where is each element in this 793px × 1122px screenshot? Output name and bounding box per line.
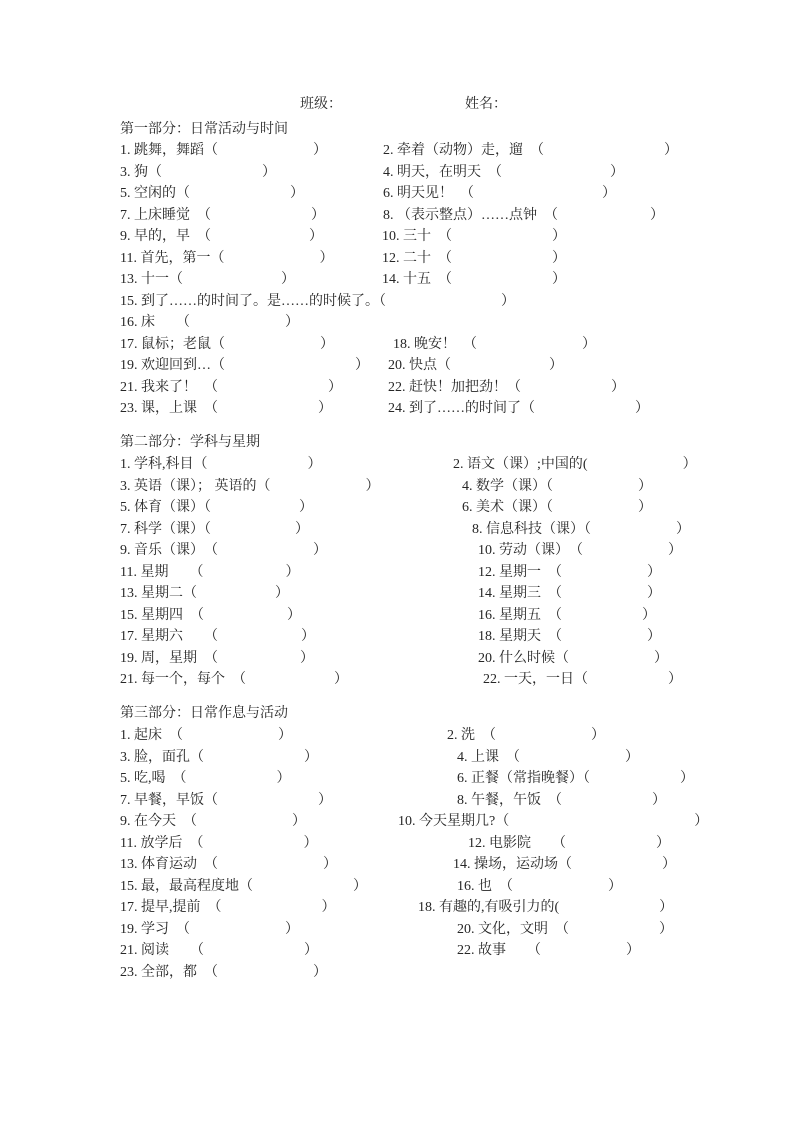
answer-blank	[218, 661, 300, 662]
close-paren: ）	[680, 771, 694, 786]
answer-blank	[218, 153, 313, 154]
answer-blank	[562, 596, 647, 597]
close-paren: ）	[638, 500, 652, 515]
item-text: 8. 午餐，午饭 （	[457, 793, 562, 808]
close-paren: ）	[313, 965, 327, 980]
vocab-row: 13. 体育运动 （）14. 操场，运动场（）	[0, 854, 793, 876]
vocab-item-left: 5. 吃,喝 （）	[120, 768, 291, 789]
close-paren: ）	[308, 457, 322, 472]
vocab-item-left: 15. 最，最高程度地（）	[120, 876, 367, 897]
close-paren: ）	[654, 651, 668, 666]
close-paren: ）	[664, 143, 678, 158]
close-paren: ）	[318, 401, 332, 416]
item-text: 10. 今天星期几?（	[398, 814, 509, 829]
answer-blank	[211, 218, 311, 219]
vocab-item-right: 2. 语文（课）;中国的(）	[453, 454, 697, 475]
close-paren: ）	[355, 358, 369, 373]
item-text: 16. 也 （	[457, 879, 513, 894]
item-text: 20. 文化，文明 （	[457, 922, 569, 937]
vocab-row: 15. 星期四 （）16. 星期五 （）	[0, 605, 793, 627]
vocab-item-right: 18. 晚安！ （）	[393, 334, 596, 355]
close-paren: ）	[285, 565, 299, 580]
item-text: 3. 英语（课）； 英语的（	[120, 479, 271, 494]
answer-blank	[187, 781, 277, 782]
answer-blank	[474, 196, 602, 197]
close-paren: ）	[285, 315, 299, 330]
close-paren: ）	[582, 337, 596, 352]
answer-blank	[562, 618, 642, 619]
answer-blank	[224, 261, 319, 262]
item-text: 3. 脸，面孔（	[120, 750, 204, 765]
vocab-item-right: 4. 数学（课）（）	[462, 476, 652, 497]
vocab-item-right: 8. （表示整点）……点钟 （）	[383, 205, 664, 226]
vocab-item-right: 12. 二十 （）	[382, 248, 566, 269]
section-title: 第三部分：日常作息与活动	[120, 703, 288, 724]
item-text: 19. 欢迎回到…（	[120, 358, 225, 373]
answer-blank	[452, 282, 552, 283]
header-line: 班级： 姓名：	[0, 94, 793, 116]
item-text: 18. 有趣的,有吸引力的(	[418, 900, 559, 915]
answer-blank	[225, 368, 355, 369]
vocab-item-left: 16. 床 （）	[120, 312, 299, 333]
vocab-row: 17. 鼠标；老鼠（）18. 晚安！ （）	[0, 334, 793, 356]
item-text: 6. 美术（课）（	[462, 500, 553, 515]
close-paren: ）	[319, 251, 333, 266]
close-paren: ）	[295, 522, 309, 537]
close-paren: ）	[313, 143, 327, 158]
vocab-row: 5. 空闲的（）6. 明天见！ （）	[0, 183, 793, 205]
answer-blank	[218, 390, 328, 391]
vocab-row: 19. 学习 （）20. 文化，文明 （）	[0, 919, 793, 941]
vocab-item-right: 14. 操场，运动场（）	[453, 854, 676, 875]
close-paren: ）	[668, 543, 682, 558]
close-paren: ）	[328, 380, 342, 395]
close-paren: ）	[656, 836, 670, 851]
answer-blank	[451, 368, 549, 369]
answer-blank	[496, 738, 591, 739]
item-text: 17. 提早,提前 （	[120, 900, 222, 915]
item-text: 14. 操场，运动场（	[453, 857, 572, 872]
item-text: 9. 早的，早 （	[120, 229, 211, 244]
vocab-item-left: 3. 英语（课）； 英语的（）	[120, 476, 380, 497]
item-text: 14. 十五 （	[382, 272, 452, 287]
answer-blank	[591, 532, 676, 533]
vocab-item-left: 23. 课，上课 （）	[120, 398, 332, 419]
item-text: 5. 吃,喝 （	[120, 771, 187, 786]
answer-blank	[190, 325, 285, 326]
vocab-item-right: 2. 牵着（动物）走，遛 （）	[383, 140, 678, 161]
close-paren: ）	[285, 922, 299, 937]
vocab-row: 15. 最，最高程度地（）16. 也 （）	[0, 876, 793, 898]
close-paren: ）	[647, 629, 661, 644]
vocab-row: 11. 星期 （）12. 星期一 （）	[0, 562, 793, 584]
close-paren: ）	[611, 380, 625, 395]
answer-blank	[572, 867, 662, 868]
item-text: 3. 狗（	[120, 165, 162, 180]
item-text: 15. 到了……的时间了。是……的时候了。（	[120, 294, 386, 309]
item-text: 13. 十一（	[120, 272, 183, 287]
answer-blank	[535, 411, 635, 412]
item-text: 13. 星期二（	[120, 586, 197, 601]
answer-blank	[204, 618, 287, 619]
vocab-row: 3. 英语（课）； 英语的（）4. 数学（课）（）	[0, 476, 793, 498]
item-text: 20. 什么时候（	[478, 651, 569, 666]
answer-blank	[271, 489, 366, 490]
vocab-row: 7. 上床睡觉 （）8. （表示整点）……点钟 （）	[0, 205, 793, 227]
answer-blank	[190, 196, 290, 197]
close-paren: ）	[301, 629, 315, 644]
item-text: 12. 二十 （	[382, 251, 452, 266]
item-text: 6. 正餐（常指晚餐）（	[457, 771, 590, 786]
item-text: 21. 我来了！ （	[120, 380, 218, 395]
close-paren: ）	[662, 857, 676, 872]
answer-blank	[562, 639, 647, 640]
item-text: 8. 信息科技（课）（	[472, 522, 591, 537]
vocab-item-left: 13. 十一（）	[120, 269, 295, 290]
answer-blank	[218, 867, 323, 868]
close-paren: ）	[287, 608, 301, 623]
vocab-item-left: 9. 早的，早 （）	[120, 226, 323, 247]
item-text: 1. 起床 （	[120, 728, 183, 743]
section-2-title-line: 第二部分：学科与星期	[0, 432, 793, 454]
close-paren: ）	[320, 337, 334, 352]
vocab-item-left: 3. 狗（）	[120, 162, 276, 183]
item-text: 11. 星期 （	[120, 565, 203, 580]
worksheet-page: 班级： 姓名： 第一部分：日常活动与时间1. 跳舞，舞蹈（）2. 牵着（动物）走…	[0, 0, 793, 1122]
close-paren: ）	[299, 500, 313, 515]
vocab-row: 15. 到了……的时间了。是……的时候了。（）	[0, 291, 793, 313]
item-text: 23. 课，上课 （	[120, 401, 218, 416]
vocab-item-right: 16. 也 （）	[457, 876, 622, 897]
vocab-item-right: 20. 文化，文明 （）	[457, 919, 673, 940]
close-paren: ）	[303, 836, 317, 851]
item-text: 20. 快点（	[388, 358, 451, 373]
close-paren: ）	[659, 900, 673, 915]
answer-blank	[246, 682, 334, 683]
item-text: 8. （表示整点）……点钟 （	[383, 208, 558, 223]
vocab-row: 1. 跳舞，舞蹈（）2. 牵着（动物）走，遛 （）	[0, 140, 793, 162]
answer-blank	[588, 682, 668, 683]
vocab-item-right: 2. 洗 （）	[447, 725, 605, 746]
close-paren: ）	[366, 479, 380, 494]
close-paren: ）	[610, 165, 624, 180]
vocab-row: 11. 首先，第一（）12. 二十 （）	[0, 248, 793, 270]
vocab-row: 17. 提早,提前 （）18. 有趣的,有吸引力的(）	[0, 897, 793, 919]
vocab-item-right: 18. 有趣的,有吸引力的(）	[418, 897, 673, 918]
answer-blank	[566, 846, 656, 847]
vocab-item-left: 17. 提早,提前 （）	[120, 897, 336, 918]
close-paren: ）	[334, 672, 348, 687]
item-text: 12. 星期一 （	[478, 565, 562, 580]
close-paren: ）	[292, 814, 306, 829]
item-text: 2. 语文（课）;中国的(	[453, 457, 588, 472]
answer-blank	[553, 489, 638, 490]
vocab-item-right: 24. 到了……的时间了（）	[388, 398, 649, 419]
vocab-item-right: 12. 星期一 （）	[478, 562, 661, 583]
item-text: 10. 劳动（课） （	[478, 543, 583, 558]
vocab-item-left: 15. 星期四 （）	[120, 605, 301, 626]
item-text: 5. 体育（课）（	[120, 500, 211, 515]
answer-blank	[509, 824, 694, 825]
name-field-label: 姓名：	[465, 94, 507, 115]
close-paren: ）	[353, 879, 367, 894]
vocab-row: 9. 在今天 （）10. 今天星期几?（）	[0, 811, 793, 833]
answer-blank	[208, 467, 308, 468]
vocab-item-left: 1. 起床 （）	[120, 725, 292, 746]
close-paren: ）	[322, 900, 336, 915]
answer-blank	[569, 932, 659, 933]
vocab-item-left: 7. 早餐，早饭（）	[120, 790, 332, 811]
vocab-item-right: 12. 电影院 （）	[468, 833, 670, 854]
answer-blank	[218, 975, 313, 976]
item-text: 4. 明天，在明天 （	[383, 165, 502, 180]
close-paren: ）	[552, 251, 566, 266]
answer-blank	[562, 575, 647, 576]
answer-blank	[225, 347, 320, 348]
vocab-item-right: 10. 三十 （）	[382, 226, 566, 247]
item-text: 22. 赶快！加把劲！（	[388, 380, 521, 395]
vocab-row: 9. 音乐（课） （）10. 劳动（课） （）	[0, 540, 793, 562]
item-text: 5. 空闲的（	[120, 186, 190, 201]
close-paren: ）	[635, 401, 649, 416]
answer-blank	[452, 261, 552, 262]
item-text: 13. 体育运动 （	[120, 857, 218, 872]
answer-blank	[452, 239, 552, 240]
vocab-row: 11. 放学后 （）12. 电影院 （）	[0, 833, 793, 855]
item-text: 7. 上床睡觉 （	[120, 208, 211, 223]
vocab-item-right: 14. 十五 （）	[382, 269, 566, 290]
vocab-item-left: 3. 脸，面孔（）	[120, 747, 318, 768]
vocab-item-right: 8. 午餐，午饭 （）	[457, 790, 666, 811]
item-text: 1. 学科,科目（	[120, 457, 208, 472]
answer-blank	[477, 347, 582, 348]
item-text: 22. 故事 （	[457, 943, 541, 958]
answer-blank	[183, 282, 281, 283]
answer-blank	[253, 889, 353, 890]
close-paren: ）	[313, 543, 327, 558]
answer-blank	[541, 953, 626, 954]
item-text: 2. 牵着（动物）走，遛 （	[383, 143, 544, 158]
close-paren: ）	[638, 479, 652, 494]
vocab-item-left: 19. 学习 （）	[120, 919, 299, 940]
answer-blank	[520, 760, 625, 761]
answer-blank	[211, 239, 309, 240]
close-paren: ）	[650, 208, 664, 223]
vocab-row: 21. 阅读 （）22. 故事 （）	[0, 940, 793, 962]
answer-blank	[222, 910, 322, 911]
vocab-row: 7. 科学（课）（）8. 信息科技（课）（）	[0, 519, 793, 541]
close-paren: ）	[311, 208, 325, 223]
answer-blank	[218, 411, 318, 412]
item-text: 15. 星期四 （	[120, 608, 204, 623]
close-paren: ）	[552, 229, 566, 244]
section-1-title-line: 第一部分：日常活动与时间	[0, 119, 793, 141]
vocab-item-right: 4. 上课 （）	[457, 747, 639, 768]
answer-blank	[553, 510, 638, 511]
answer-blank	[583, 553, 668, 554]
answer-blank	[197, 596, 275, 597]
close-paren: ）	[659, 922, 673, 937]
answer-blank	[203, 575, 285, 576]
vocab-row: 21. 我来了！ （）22. 赶快！加把劲！（）	[0, 377, 793, 399]
item-text: 22. 一天，一日（	[483, 672, 588, 687]
item-text: 4. 数学（课）（	[462, 479, 553, 494]
vocab-item-right: 20. 什么时候（）	[478, 648, 668, 669]
answer-blank	[521, 390, 611, 391]
vocab-row: 19. 周，星期 （）20. 什么时候（）	[0, 648, 793, 670]
item-text: 9. 音乐（课） （	[120, 543, 218, 558]
close-paren: ）	[647, 565, 661, 580]
class-field-label: 班级：	[300, 94, 342, 115]
section-title: 第二部分：学科与星期	[120, 432, 260, 453]
vocab-item-left: 1. 跳舞，舞蹈（）	[120, 140, 327, 161]
item-text: 19. 周，星期 （	[120, 651, 218, 666]
close-paren: ）	[281, 272, 295, 287]
vocab-item-left: 9. 音乐（课） （）	[120, 540, 327, 561]
item-text: 18. 星期天 （	[478, 629, 562, 644]
item-text: 17. 鼠标；老鼠（	[120, 337, 225, 352]
vocab-item-right: 6. 美术（课）（）	[462, 497, 652, 518]
close-paren: ）	[323, 857, 337, 872]
close-paren: ）	[591, 728, 605, 743]
item-text: 11. 首先，第一（	[120, 251, 224, 266]
vocab-row: 3. 狗（）4. 明天，在明天 （）	[0, 162, 793, 184]
answer-blank	[197, 824, 292, 825]
vocab-item-left: 21. 阅读 （）	[120, 940, 318, 961]
vocab-row: 3. 脸，面孔（）4. 上课 （）	[0, 747, 793, 769]
item-text: 9. 在今天 （	[120, 814, 197, 829]
item-text: 1. 跳舞，舞蹈（	[120, 143, 218, 158]
answer-blank	[162, 175, 262, 176]
answer-blank	[544, 153, 664, 154]
vocab-item-left: 11. 放学后 （）	[120, 833, 317, 854]
vocab-item-right: 4. 明天，在明天 （）	[383, 162, 624, 183]
close-paren: ）	[652, 793, 666, 808]
vocab-item-left: 23. 全部，都 （）	[120, 962, 327, 983]
vocab-item-left: 21. 我来了！ （）	[120, 377, 342, 398]
answer-blank	[211, 510, 299, 511]
vocab-item-left: 17. 星期六 （）	[120, 626, 315, 647]
vocab-item-right: 10. 劳动（课） （）	[478, 540, 682, 561]
vocab-item-left: 7. 科学（课）（）	[120, 519, 309, 540]
answer-blank	[386, 304, 501, 305]
answer-blank	[559, 910, 659, 911]
item-text: 24. 到了……的时间了（	[388, 401, 535, 416]
close-paren: ）	[625, 750, 639, 765]
close-paren: ）	[683, 457, 697, 472]
vocab-item-left: 17. 鼠标；老鼠（）	[120, 334, 334, 355]
close-paren: ）	[278, 728, 292, 743]
item-text: 21. 阅读 （	[120, 943, 204, 958]
close-paren: ）	[668, 672, 682, 687]
answer-blank	[588, 467, 683, 468]
answer-blank	[211, 532, 295, 533]
vocab-item-right: 22. 故事 （）	[457, 940, 640, 961]
item-text: 15. 最，最高程度地（	[120, 879, 253, 894]
vocab-row: 1. 学科,科目（）2. 语文（课）;中国的(）	[0, 454, 793, 476]
vocab-row: 19. 欢迎回到…（）20. 快点（）	[0, 355, 793, 377]
close-paren: ）	[501, 294, 515, 309]
vocab-item-left: 1. 学科,科目（）	[120, 454, 322, 475]
section-title: 第一部分：日常活动与时间	[120, 119, 288, 140]
item-text: 23. 全部，都 （	[120, 965, 218, 980]
answer-blank	[183, 738, 278, 739]
item-text: 18. 晚安！ （	[393, 337, 477, 352]
item-text: 17. 星期六 （	[120, 629, 218, 644]
vocab-row: 1. 起床 （）2. 洗 （）	[0, 725, 793, 747]
answer-blank	[562, 803, 652, 804]
item-text: 7. 早餐，早饭（	[120, 793, 218, 808]
vocab-item-right: 6. 明天见！ （）	[383, 183, 616, 204]
close-paren: ）	[608, 879, 622, 894]
item-text: 2. 洗 （	[447, 728, 496, 743]
close-paren: ）	[300, 651, 314, 666]
close-paren: ）	[676, 522, 690, 537]
close-paren: ）	[552, 272, 566, 287]
answer-blank	[190, 932, 285, 933]
vocab-row: 23. 课，上课 （）24. 到了……的时间了（）	[0, 398, 793, 420]
vocab-row: 16. 床 （）	[0, 312, 793, 334]
item-text: 14. 星期三 （	[478, 586, 562, 601]
close-paren: ）	[309, 229, 323, 244]
close-paren: ）	[275, 586, 289, 601]
item-text: 6. 明天见！ （	[383, 186, 474, 201]
item-text: 16. 床 （	[120, 315, 190, 330]
answer-blank	[218, 639, 301, 640]
vocab-item-left: 13. 体育运动 （）	[120, 854, 337, 875]
vocab-row: 9. 早的，早 （）10. 三十 （）	[0, 226, 793, 248]
vocab-row: 23. 全部，都 （）	[0, 962, 793, 984]
item-text: 19. 学习 （	[120, 922, 190, 937]
vocab-item-left: 5. 空闲的（）	[120, 183, 304, 204]
vocab-item-left: 9. 在今天 （）	[120, 811, 306, 832]
close-paren: ）	[304, 943, 318, 958]
answer-blank	[502, 175, 610, 176]
item-text: 16. 星期五 （	[478, 608, 562, 623]
close-paren: ）	[318, 793, 332, 808]
answer-blank	[204, 760, 304, 761]
vocab-row: 5. 吃,喝 （）6. 正餐（常指晚餐）（）	[0, 768, 793, 790]
vocab-item-left: 7. 上床睡觉 （）	[120, 205, 325, 226]
close-paren: ）	[290, 186, 304, 201]
answer-blank	[513, 889, 608, 890]
answer-blank	[569, 661, 654, 662]
answer-blank	[218, 803, 318, 804]
vocab-item-right: 22. 赶快！加把劲！（）	[388, 377, 625, 398]
answer-blank	[204, 953, 304, 954]
vocab-item-left: 11. 星期 （）	[120, 562, 299, 583]
close-paren: ）	[626, 943, 640, 958]
section-3-title-line: 第三部分：日常作息与活动	[0, 703, 793, 725]
vocab-item-left: 15. 到了……的时间了。是……的时候了。（）	[120, 291, 515, 312]
vocab-item-left: 21. 每一个，每个 （）	[120, 669, 348, 690]
close-paren: ）	[262, 165, 276, 180]
vocab-item-left: 19. 周，星期 （）	[120, 648, 314, 669]
item-text: 12. 电影院 （	[468, 836, 566, 851]
vocab-row: 17. 星期六 （）18. 星期天 （）	[0, 626, 793, 648]
vocab-item-right: 22. 一天，一日（）	[483, 669, 682, 690]
item-text: 21. 每一个，每个 （	[120, 672, 246, 687]
answer-blank	[558, 218, 650, 219]
close-paren: ）	[277, 771, 291, 786]
vocab-item-right: 10. 今天星期几?（）	[398, 811, 708, 832]
vocab-row: 13. 星期二（）14. 星期三 （）	[0, 583, 793, 605]
vocab-row: 21. 每一个，每个 （）22. 一天，一日（）	[0, 669, 793, 691]
vocab-item-left: 13. 星期二（）	[120, 583, 289, 604]
item-text: 7. 科学（课）（	[120, 522, 211, 537]
close-paren: ）	[647, 586, 661, 601]
vocab-item-left: 19. 欢迎回到…（）	[120, 355, 369, 376]
